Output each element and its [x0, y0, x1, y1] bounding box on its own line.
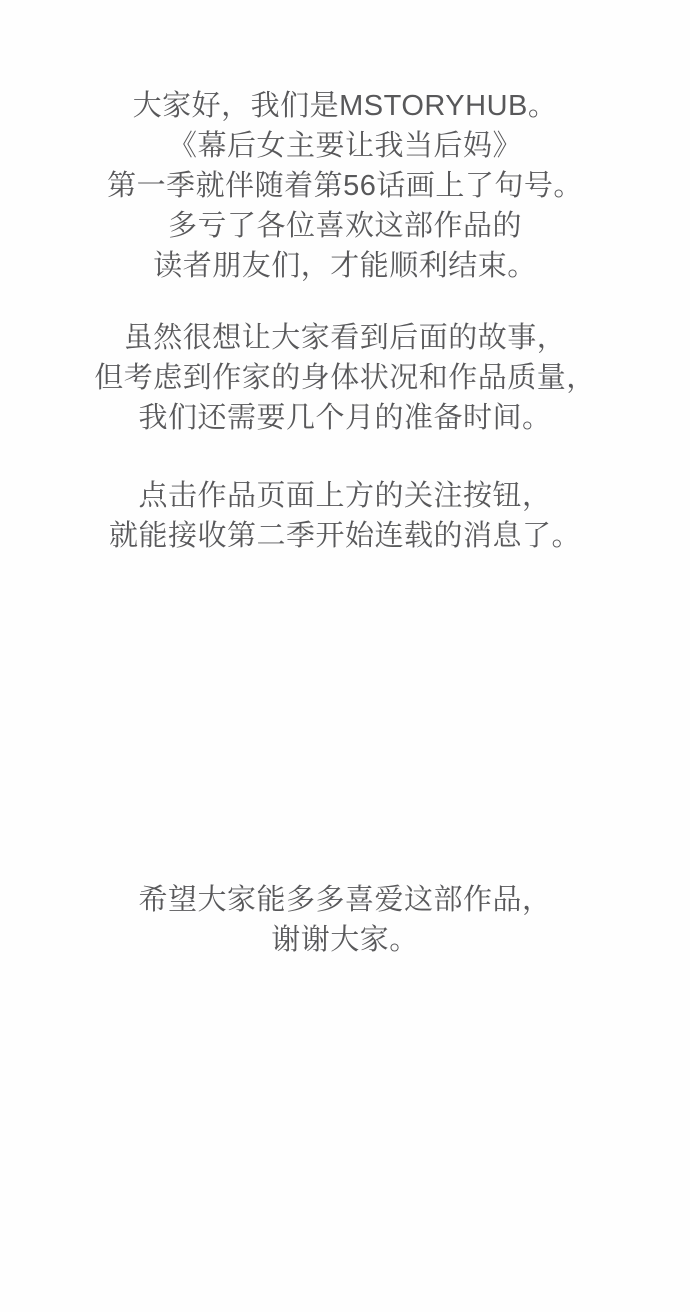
closing-paragraph: 希望大家能多多喜爱这部作品， 谢谢大家。 — [0, 880, 690, 960]
follow-paragraph: 点击作品页面上方的关注按钮， 就能接收第二季开始连载的消息了。 — [0, 476, 690, 556]
notice-line-thanks-2: 读者朋友们，才能顺利结束。 — [0, 246, 690, 286]
greeting-paragraph: 大家好，我们是MSTORYHUB。 《幕后女主要让我当后妈》 第一季就伴随着第5… — [0, 86, 690, 286]
notice-line-work-title: 《幕后女主要让我当后妈》 — [0, 126, 690, 166]
notice-line-thanks-1: 多亏了各位喜欢这部作品的 — [0, 206, 690, 246]
notice-line-hiatus-1: 虽然很想让大家看到后面的故事， — [0, 318, 690, 358]
notice-line-season-end: 第一季就伴随着第56话画上了句号。 — [0, 166, 690, 206]
season-end-notice-page: 大家好，我们是MSTORYHUB。 《幕后女主要让我当后妈》 第一季就伴随着第5… — [0, 0, 690, 1312]
notice-line-closing-2: 谢谢大家。 — [0, 920, 690, 960]
hiatus-paragraph: 虽然很想让大家看到后面的故事， 但考虑到作家的身体状况和作品质量， 我们还需要几… — [0, 318, 690, 438]
notice-line-closing-1: 希望大家能多多喜爱这部作品， — [0, 880, 690, 920]
notice-line-follow-2: 就能接收第二季开始连载的消息了。 — [0, 516, 690, 556]
notice-line-follow-1: 点击作品页面上方的关注按钮， — [0, 476, 690, 516]
notice-line-hiatus-3: 我们还需要几个月的准备时间。 — [0, 398, 690, 438]
notice-line-hiatus-2: 但考虑到作家的身体状况和作品质量， — [0, 358, 690, 398]
notice-line-greeting-1: 大家好，我们是MSTORYHUB。 — [0, 86, 690, 126]
